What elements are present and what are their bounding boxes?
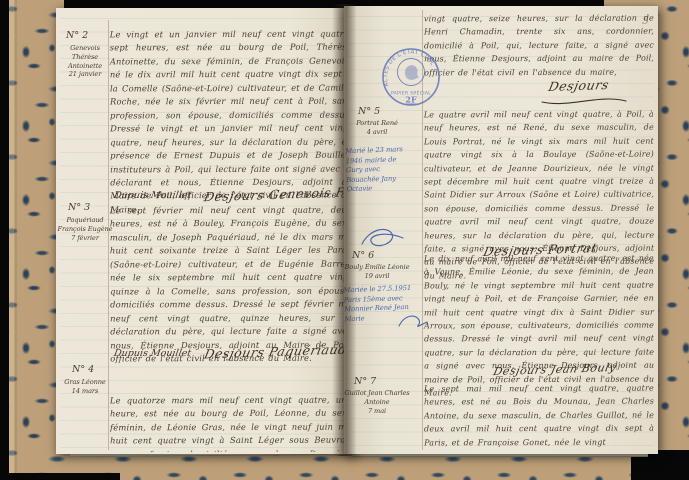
margin-note: Gras Léonne 14 mars	[58, 378, 112, 396]
act-text: Le vingt et un janvier mil neuf cent vin…	[110, 28, 353, 189]
entry-number: N° 5	[358, 106, 380, 117]
officer-signatures: Desjours Paquériaud	[203, 342, 349, 362]
marianne-head-icon	[405, 65, 419, 80]
witness-signatures: Dupuis Mouillet	[113, 190, 192, 201]
act-text: Le sept mai mil neuf cent vingt quatre, …	[424, 382, 654, 451]
margin-note: Paquériaud François Eugène 7 février	[56, 216, 114, 242]
signature-line: Desjours Jean Bouly	[494, 363, 616, 376]
signature-flourish-icon	[540, 94, 630, 108]
signature-line: Dupuis Mouillet Desjours Paquériaud	[114, 344, 346, 359]
entry-number: N° 4	[72, 364, 94, 375]
witness-signatures: Dupuis Mouillet	[113, 348, 192, 359]
scan-edge-left	[0, 0, 9, 480]
act-text: Le quatorze mars mil neuf cent vingt qua…	[110, 394, 352, 453]
gutter-shadow	[332, 4, 358, 456]
signature-line: Desjours	[549, 78, 609, 93]
officer-signature: Desjours	[547, 77, 610, 94]
act-text: Le sept février mil neuf cent vingt quat…	[110, 204, 352, 345]
scan-shadow-bottom-left	[0, 473, 120, 480]
act-text-continuation: vingt quatre, seize heures, sur la décla…	[424, 12, 654, 75]
act-text: Le dix neuf avril mil neuf cent vingt qu…	[424, 252, 654, 371]
register-scan: N° 2 Genevois Thérèse Antoinette 21 janv…	[0, 0, 689, 480]
right-page: 5 vingt quatre, seize heures, sur la déc…	[344, 6, 658, 454]
margin-note: Genevois Thérèse Antoinette 21 janvier	[56, 44, 114, 79]
entry-number: N° 3	[68, 202, 90, 213]
signature-line: Dupuis Mouillet Desjours Genevois Franço…	[114, 186, 356, 201]
entry-number: N° 2	[66, 30, 88, 41]
act-text: Le quatre avril mil neuf cent vingt quat…	[424, 108, 654, 249]
stamp-value: 2F	[405, 95, 417, 105]
left-page: N° 2 Genevois Thérèse Antoinette 21 janv…	[56, 8, 356, 454]
officer-signatures: Desjours Jean Bouly	[492, 361, 617, 378]
fiscal-stamp: ACTES DE L'ETAT CIVIL PAPIER SPÉCIAL 2F	[380, 46, 442, 108]
